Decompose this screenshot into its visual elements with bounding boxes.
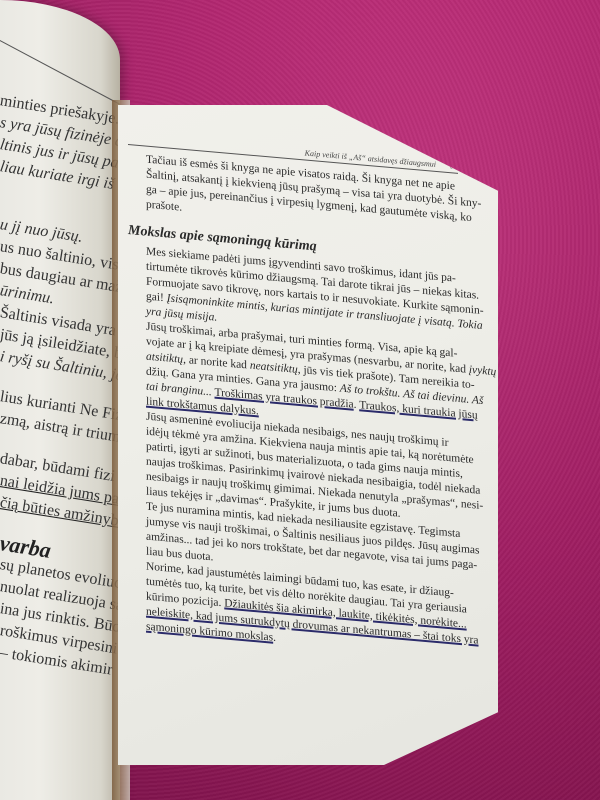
left-book-page: minties priešakyje. Jūsųs yra jūsų fizin… [0, 0, 120, 800]
left-page-text: minties priešakyje. Jūsųs yra jūsų fizin… [0, 90, 120, 664]
body-paragraphs: Mes siekiame padėti jums įgyvendinti sav… [128, 243, 498, 665]
page-content: Kaip veikti iš „Aš“ atsidavęs džiaugsmui… [128, 133, 498, 665]
text-run: . [273, 632, 276, 644]
italic-text: įvyktų [469, 364, 496, 378]
running-head-title: Kaip veikti iš „Aš“ atsidavęs džiaugsmui [305, 148, 436, 168]
italic-text: atsitiktų [146, 351, 183, 366]
text-run: gai! [146, 291, 167, 305]
right-book-page: Kaip veikti iš „Aš“ atsidavęs džiaugsmui… [118, 105, 498, 765]
